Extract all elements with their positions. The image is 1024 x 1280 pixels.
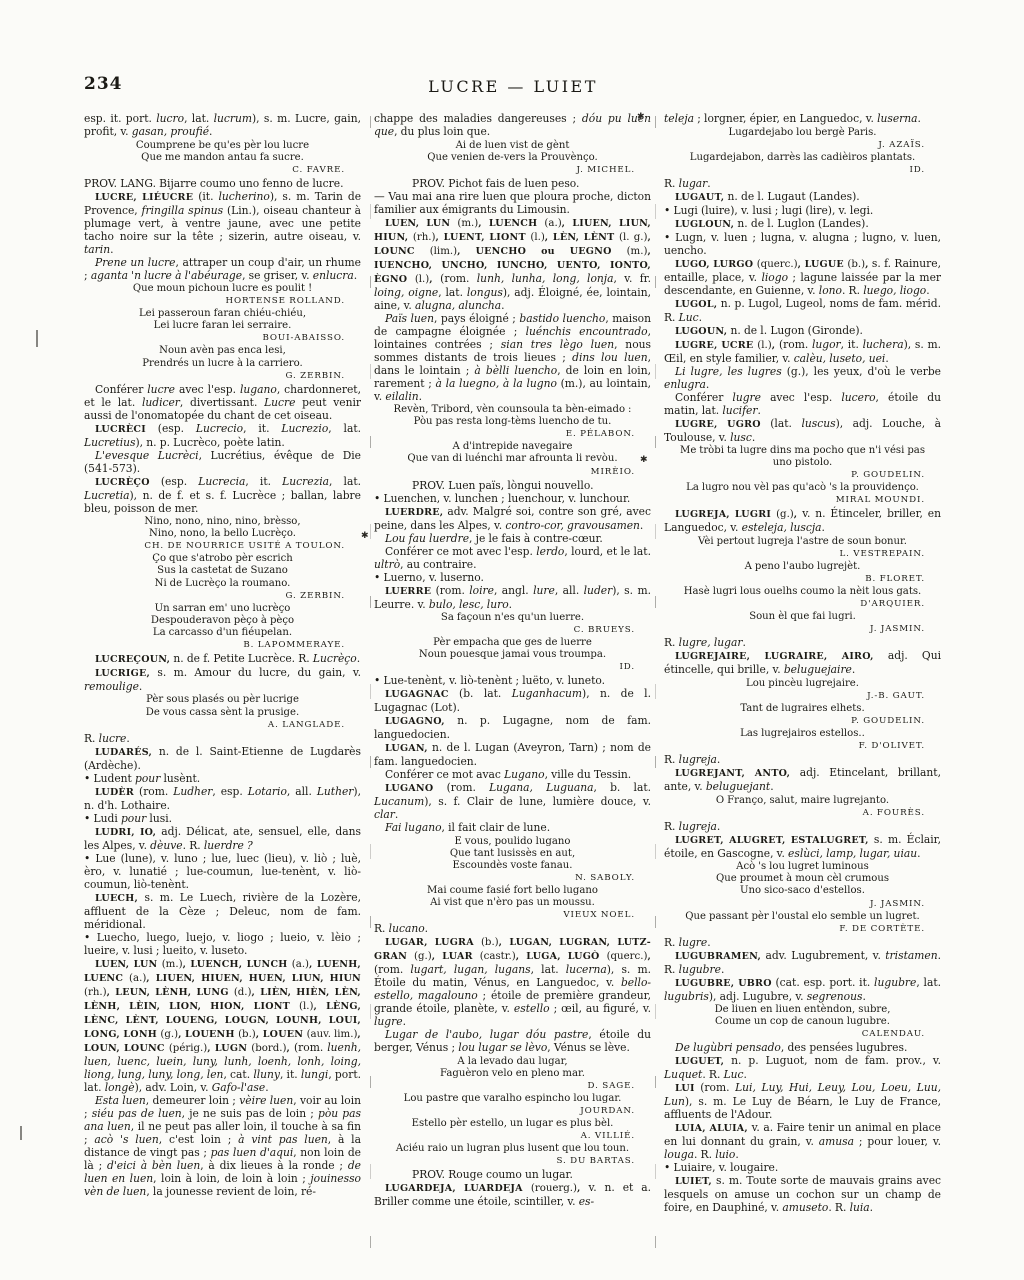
dictionary-entry: LUI (rom. Lui, Luy, Hui, Leuy, Lou, Loeu… <box>664 1081 941 1121</box>
entry-headword: , LOUENH <box>178 1029 238 1040</box>
dialect-label: (bord.) <box>251 1043 286 1054</box>
verse-attribution: L. VESTREPAIN. <box>664 549 941 560</box>
verse-quote: Ai de luen vist de gèntQue venien de-ver… <box>374 140 651 164</box>
verse-line: Que proumet à moun cèl crumous <box>664 873 941 885</box>
entry-headword: , LUAR <box>432 951 480 962</box>
body-paragraph: esp. it. port. lucro, lat. lucrum), s. m… <box>84 112 361 138</box>
verse-attribution: C. FAVRE. <box>84 165 361 176</box>
entry-headword: LUGREJA, LUGRI <box>675 509 776 520</box>
verse-line: Estello pèr estello, un lugar es plus bè… <box>374 1118 651 1130</box>
verse-line: Prendrés un lucre à la carriero. <box>84 358 361 370</box>
verse-line: Soun èl que fai lugri. <box>664 611 941 623</box>
entry-headword: LUECH, <box>95 893 138 904</box>
verse-line: Pòu pas resta long-tèms luencho de tu. <box>374 416 651 428</box>
entry-headword: , <box>865 259 869 270</box>
dialect-label: (b.) <box>481 937 499 948</box>
dictionary-entry: LUGUBRAMEN, adv. Lugubrement, v. tristam… <box>664 949 941 976</box>
verse-line: Mai coume fasié fort bello lugano <box>374 885 651 897</box>
verse-attribution: JOURDAN. <box>374 1106 651 1117</box>
entry-headword: LUGOUN, <box>675 326 727 337</box>
dictionary-entry: LUECH, s. m. Le Luech, rivière de la Loz… <box>84 891 361 931</box>
entry-headword: LUI <box>675 1083 695 1094</box>
entry-headword: LUGUBRAMEN, <box>675 951 761 962</box>
verse-quote: Aciéu raio un lugran plus lusent que lou… <box>374 1143 651 1155</box>
verse-line: Sus la castetat de Suzano <box>84 565 361 577</box>
verse-attribution: P. GOUDELIN. <box>664 716 941 727</box>
verse-quote: Tant de lugraires elhets. <box>664 703 941 715</box>
verse-quote: Pèr empacha que ges de luerreNoun pouesq… <box>374 637 651 661</box>
verse-attribution: J. JASMIN. <box>664 624 941 635</box>
entry-headword: LUGAGNAC <box>385 689 449 700</box>
body-paragraph: Conférer ce mot avac Lugano, ville du Te… <box>374 768 651 781</box>
dictionary-entry: LUGAN, n. de l. Lugan (Aveyron, Tarn) ; … <box>374 741 651 768</box>
dictionary-entry: LUDRI, IO, adj. Délicat, ate, sensuel, e… <box>84 825 361 852</box>
verse-attribution: A. FOURÈS. <box>664 808 941 819</box>
verse-line: E vous, poulido lugano <box>374 836 651 848</box>
verse-attribution: N. SABOLY. <box>374 873 651 884</box>
verse-quote: Revèn, Tribord, vèn counsoula ta bèn-eim… <box>374 404 651 428</box>
dictionary-entry: LUERRE (rom. loire, angl. lure, all. lud… <box>374 584 651 611</box>
body-paragraph: teleja ; lorgner, épier, en Languedoc, v… <box>664 112 941 125</box>
dialect-label: (m.) <box>627 246 648 257</box>
verse-quote: Nino, nono, nino, nino, brèsso,Nino, non… <box>84 516 361 540</box>
dictionary-entry: LUGAR, LUGRA (b.), LUGAN, LUGRAN, LUTZ-G… <box>374 935 651 1028</box>
verse-attribution: ID. <box>664 165 941 176</box>
verse-attribution: G. ZERBIN. <box>84 371 361 382</box>
dialect-label: (périg.) <box>169 1043 207 1054</box>
verse-line: Noun pouesque jamai vous troumpa. <box>374 649 651 661</box>
column-left: esp. it. port. lucro, lat. lucrum), s. m… <box>84 112 361 1214</box>
verse-quote: La lugro nou vèl pas qu'acò 's la prouvi… <box>664 482 941 494</box>
verse-attribution: J. AZAÏS. <box>664 140 941 151</box>
body-paragraph: R. lucano. <box>374 922 651 935</box>
dialect-label: (g.) <box>160 1029 178 1040</box>
verse-attribution: A. LANGLADE. <box>84 720 361 731</box>
dictionary-entry: LUGRET, ALUGRET, ESTALUGRET, s. m. Éclai… <box>664 833 941 860</box>
verse-quote: Las lugrejairos estellos.. <box>664 728 941 740</box>
body-paragraph: Esta luen, demeurer loin ; vèire luen, v… <box>84 1094 361 1198</box>
verse-line: Que me mandon antau fa sucre. <box>84 152 361 164</box>
text-columns: esp. it. port. lucro, lat. lucrum), s. m… <box>84 112 942 1214</box>
dictionary-entry: LUGRE, UCRE (l.), (rom. lugor, it. luche… <box>664 338 941 365</box>
entry-headword: LUGOL, <box>675 299 717 310</box>
verse-line: Noun avèn pas enca lesi, <box>84 345 361 357</box>
verse-line: Lei lucre faran lei serraire. <box>84 320 361 332</box>
entry-headword: , <box>772 340 776 351</box>
dictionary-entry: LUGREJAIRE, LUGRAIRE, AIRO, adj. Qui éti… <box>664 649 941 676</box>
verse-quote: Pèr sous plasés ou pèr lucrigeDe vous ca… <box>84 694 361 718</box>
dictionary-entry: LUGARDEJA, LUARDEJA (rouerg.), v. n. et … <box>374 1181 651 1208</box>
entry-headword: LUGANO <box>385 783 433 794</box>
dictionary-entry: LUDARÉS, n. de l. Saint-Etienne de Lugda… <box>84 745 361 772</box>
verse-quote: O Franço, salut, maire lugrejanto. <box>664 795 941 807</box>
dialect-label: (rh.) <box>84 987 107 998</box>
entry-headword: , <box>429 274 433 285</box>
entry-headword: LUERRE <box>385 586 431 597</box>
verse-line: La lugro nou vèl pas qu'acò 's la prouvi… <box>664 482 941 494</box>
entry-headword: , LUENCH, LUNCH <box>183 959 292 970</box>
verse-attribution: MIRAL MOUNDI. <box>664 495 941 506</box>
dictionary-entry: LUIET, s. m. Toute sorte de mauvais grai… <box>664 1174 941 1214</box>
verse-quote: Soun èl que fai lugri. <box>664 611 941 623</box>
verse-line: Un sarran em' uno lucrèço <box>84 603 361 615</box>
entry-headword: LUGREJANT, ANTO, <box>675 768 790 779</box>
dictionary-entry: LUDÈR (rom. Ludher, esp. Lotario, all. L… <box>84 785 361 812</box>
entry-headword: LUGO, LURGO <box>675 259 757 270</box>
verse-line: Hasè lugri lous ouelhs coumo la nèit lou… <box>664 586 941 598</box>
verse-line: Aciéu raio un lugran plus lusent que lou… <box>374 1143 651 1155</box>
body-paragraph: De lugùbri pensado, des pensées lugubres… <box>664 1041 941 1054</box>
body-paragraph: • Lue-tenènt, v. liò-tenènt ; luëto, v. … <box>374 674 651 687</box>
entry-headword: LUGAGNO, <box>385 716 445 727</box>
dialect-label: (a.) <box>129 973 146 984</box>
verse-attribution: C. BRUEYS. <box>374 625 651 636</box>
dictionary-entry: LUGANO (rom. Lugana, Luguana, b. lat. Lu… <box>374 781 651 821</box>
verse-attribution: VIEUX NOEL. <box>374 910 651 921</box>
dialect-label: (l.) <box>415 274 429 285</box>
pencil-asterisk-mark: ✱ <box>640 455 648 465</box>
verse-line: Pèr sous plasés ou pèr lucrige <box>84 694 361 706</box>
dictionary-entry: LUERDRE, adv. Malgré soi, contre son gré… <box>374 505 651 532</box>
margin-tick-mark <box>36 330 38 347</box>
dictionary-entry: LUGUET, n. p. Luguot, nom de fam. prov.,… <box>664 1054 941 1081</box>
body-paragraph: Païs luen, pays éloigné ; bastido luench… <box>374 312 651 403</box>
body-paragraph: Li lugre, les lugres (g.), les yeux, d'o… <box>664 365 941 391</box>
dialect-label: (auv. lim.) <box>307 1029 358 1040</box>
verse-line: Nino, nono, la bello Lucrèço. <box>84 528 361 540</box>
verse-line: O Franço, salut, maire lugrejanto. <box>664 795 941 807</box>
verse-attribution: E. PÉLABON. <box>374 429 651 440</box>
body-paragraph: • Luecho, luego, luejo, v. liogo ; lueio… <box>84 931 361 957</box>
verse-line: Ai de luen vist de gènt <box>374 140 651 152</box>
verse-quote: Lei passeroun faran chiéu-chiéu,Lei lucr… <box>84 308 361 332</box>
body-paragraph: • Lugi (luire), v. lusi ; lugi (lire), v… <box>664 204 941 217</box>
dialect-label: (lim.) <box>430 246 457 257</box>
verse-line: A la levado dau lugar, <box>374 1056 651 1068</box>
entry-headword: , LUGN <box>207 1043 251 1054</box>
verse-quote: Estello pèr estello, un lugar es plus bè… <box>374 1118 651 1130</box>
verse-quote: De liuen en liuen entèndon, subre,Coume … <box>664 1004 941 1028</box>
column-center: chappe des maladies dangereuses ; dóu pu… <box>374 112 651 1214</box>
dictionary-entry: LUIA, ALUIA, v. a. Faire tenir un animal… <box>664 1121 941 1161</box>
entry-headword: LUEN, LUN <box>95 959 162 970</box>
dictionary-entry: LUCRÈCI (esp. Lucrecio, it. Lucrezio, la… <box>84 422 361 449</box>
entry-headword: LUIA, ALUIA, <box>675 1123 748 1134</box>
verse-line: Vèi pertout lugreja l'astre de soun bonu… <box>664 536 941 548</box>
verse-line: Que passant pèr l'oustal elo semble un l… <box>664 911 941 923</box>
dialect-label: (rouerg.) <box>531 1183 577 1194</box>
verse-line: Lou pastre que varalho espincho lou luga… <box>374 1093 651 1105</box>
entry-headword: , <box>647 951 651 962</box>
body-paragraph: • Luiaire, v. lougaire. <box>664 1161 941 1174</box>
entry-headword: , LÈN, LÈNT <box>545 232 619 243</box>
dictionary-page: 234 LUCRE — LUIET esp. it. port. lucro, … <box>0 0 1024 1280</box>
entry-headword: LUGUET, <box>675 1056 724 1067</box>
verse-line: Nino, nono, nino, nino, brèsso, <box>84 516 361 528</box>
dialect-label: (l.) <box>530 232 544 243</box>
entry-headword: , LUENCH <box>478 218 544 229</box>
body-paragraph: — Vau mai ana rire luen que ploura proch… <box>374 190 651 216</box>
entry-headword: LUGAN, <box>385 743 428 754</box>
body-paragraph: Conférer lugre avec l'esp. lucero, étoil… <box>664 391 941 417</box>
entry-headword: LUGARDEJA, LUARDEJA <box>385 1183 531 1194</box>
verse-line: Ai vist que n'èro pas un moussu. <box>374 897 651 909</box>
verse-attribution: S. DU BARTAS. <box>374 1156 651 1167</box>
verse-quote: Hasè lugri lous ouelhs coumo la nèit lou… <box>664 586 941 598</box>
body-paragraph: PROV. Rouge coumo un lugar. <box>374 1168 651 1181</box>
verse-line: Coumprene be qu'es pèr lou lucre <box>84 140 361 152</box>
entry-headword: LUEN, LUN <box>385 218 457 229</box>
verse-line: Uno sico-saco d'estellos. <box>664 885 941 897</box>
verse-line: Lou pincèu lugrejaire. <box>664 678 941 690</box>
body-paragraph: • Luerno, v. luserno. <box>374 571 651 584</box>
verse-quote: A la levado dau lugar,Faguèron velo en p… <box>374 1056 651 1080</box>
dictionary-entry: LUGO, LURGO (querc.), LUGUE (b.), s. f. … <box>664 257 941 297</box>
verse-quote: E vous, poulido luganoQue tant lusissès … <box>374 836 651 872</box>
entry-headword: LUGRE, UCRE <box>675 340 757 351</box>
body-paragraph: • Ludi pour lusi. <box>84 812 361 825</box>
dictionary-entry: LUGAUT, n. de l. Lugaut (Landes). <box>664 190 941 204</box>
verse-attribution: F. DE CORTÈTE. <box>664 924 941 935</box>
pencil-asterisk-mark: ✱ <box>637 112 645 122</box>
verse-line: De vous cassa sènt la prusige. <box>84 707 361 719</box>
dialect-label: (a.) <box>544 218 561 229</box>
verse-line: Revèn, Tribord, vèn counsoula ta bèn-eim… <box>374 404 651 416</box>
verse-line: Acò 's lou lugret luminous <box>664 861 941 873</box>
entry-headword: , LOUEN <box>256 1029 307 1040</box>
dialect-label: (rh.) <box>413 232 436 243</box>
body-paragraph: R. lugreja. <box>664 820 941 833</box>
dialect-label: (a.) <box>292 959 309 970</box>
verse-attribution: BOUI-ABAISSO. <box>84 333 361 344</box>
verse-attribution: MIRÈIO. <box>374 467 651 478</box>
verse-attribution: G. ZERBIN. <box>84 591 361 602</box>
verse-attribution: D'ARQUIER. <box>664 599 941 610</box>
verse-quote: Lugardejabo lou bergè Paris. <box>664 127 941 139</box>
entry-headword: LUGREJAIRE, LUGRAIRE, AIRO, <box>675 651 874 662</box>
verse-quote: Acò 's lou lugret luminousQue proumet à … <box>664 861 941 897</box>
body-paragraph: PROV. LANG. Bijarre coumo uno fenno de l… <box>84 177 361 190</box>
dialect-label: (m.) <box>162 959 183 970</box>
dialect-label: (l.) <box>299 1001 313 1012</box>
dictionary-entry: LUGLOUN, n. de l. Luglon (Landes). <box>664 217 941 231</box>
body-paragraph: • Ludent pour lusènt. <box>84 772 361 785</box>
verse-attribution: B. LAPOMMERAYE. <box>84 640 361 651</box>
entry-headword: LUGUBRE, UBRO <box>675 978 772 989</box>
margin-tick-mark <box>20 1126 22 1140</box>
entry-headword: , <box>286 1043 290 1054</box>
verse-line: Que van di luénchi mar afrounta li revòu… <box>374 453 651 465</box>
column-right: teleja ; lorgner, épier, en Languedoc, v… <box>664 112 941 1214</box>
dictionary-entry: LUGAGNAC (b. lat. Luganhacum), n. de l. … <box>374 687 651 714</box>
body-paragraph: R. lugreja. <box>664 753 941 766</box>
dictionary-entry: LUCRE, LIÉUCRE (it. lucherino), s. m. Ta… <box>84 190 361 256</box>
entry-headword: LUCRIGE, <box>95 668 150 679</box>
dictionary-entry: LUGRE, UGRO (lat. luscus), adj. Louche, … <box>664 417 941 444</box>
dictionary-entry: LUGUBRE, UBRO (cat. esp. port. it. lugub… <box>664 976 941 1003</box>
body-paragraph: PROV. Pichot fais de luen peso. <box>374 177 651 190</box>
verse-quote: A peno l'aubo lugrejèt. <box>664 561 941 573</box>
running-head: LUCRE — LUIET <box>84 77 942 96</box>
entry-headword: LUDARÉS, <box>95 747 152 758</box>
verse-attribution: J.-B. GAUT. <box>664 691 941 702</box>
verse-attribution: P. GOUDELIN. <box>664 470 941 481</box>
verse-quote: Un sarran em' uno lucrèçoDespouderavon p… <box>84 603 361 639</box>
entry-headword: LUCRÈÇO <box>95 477 150 488</box>
verse-line: Faguèron velo en pleno mar. <box>374 1068 651 1080</box>
body-paragraph: R. lugre. <box>664 936 941 949</box>
verse-quote: Vèi pertout lugreja l'astre de soun bonu… <box>664 536 941 548</box>
verse-quote: Ço que s'atrobo pèr escrichSus la castet… <box>84 553 361 589</box>
body-paragraph: L'evesque Lucrèci, Lucrétius, évêque de … <box>84 449 361 475</box>
entry-headword: LUGAUT, <box>675 192 724 203</box>
verse-attribution: J. JASMIN. <box>664 899 941 910</box>
verse-line: Las lugrejairos estellos.. <box>664 728 941 740</box>
dictionary-entry: LUCREÇOUN, n. de f. Petite Lucrèce. R. L… <box>84 652 361 666</box>
entry-headword: LUIET, <box>675 1176 712 1187</box>
verse-line: Lei passeroun faran chiéu-chiéu, <box>84 308 361 320</box>
verse-line: Tant de lugraires elhets. <box>664 703 941 715</box>
body-paragraph: Prene un lucre, attraper un coup d'air, … <box>84 256 361 282</box>
entry-headword: LUGLOUN, <box>675 219 734 230</box>
entry-headword: LUCREÇOUN, <box>95 654 170 665</box>
body-paragraph: Conférer ce mot avec l'esp. lerdo, lourd… <box>374 545 651 571</box>
verse-attribution: F. D'OLIVET. <box>664 741 941 752</box>
entry-headword: , <box>794 509 798 520</box>
entry-headword: LUDRI, IO, <box>95 827 156 838</box>
body-paragraph: R. lugre, lugar. <box>664 636 941 649</box>
entry-headword: LUERDRE, <box>385 507 443 518</box>
entry-headword: , LEUN, LÈNH, LUNG <box>107 987 234 998</box>
verse-quote: Coumprene be qu'es pèr lou lucreQue me m… <box>84 140 361 164</box>
entry-headword: LUDÈR <box>95 787 134 798</box>
dialect-label: (b.) <box>847 259 865 270</box>
verse-line: Que moun pichoun lucre es poulit ! <box>84 283 361 295</box>
dialect-label: (l. g.) <box>619 232 647 243</box>
entry-headword: , LUGA, LUGÒ <box>516 951 607 962</box>
dialect-label: (l.) <box>757 340 771 351</box>
verse-line: Lugardejabo lou bergè Paris. <box>664 127 941 139</box>
dictionary-entry: LUGREJANT, ANTO, adj. Etincelant, brilla… <box>664 766 941 793</box>
verse-attribution: ID. <box>374 662 651 673</box>
verse-attribution: HORTENSE ROLLAND. <box>84 296 361 307</box>
verse-attribution: D. SAGE. <box>374 1081 651 1092</box>
verse-line: Coume un cop de canoun lugubre. <box>664 1016 941 1028</box>
body-paragraph: Fai lugano, il fait clair de lune. <box>374 821 651 834</box>
dictionary-entry: LUGREJA, LUGRI (g.), v. n. Étinceler, br… <box>664 507 941 534</box>
entry-headword: , LUGUE <box>798 259 848 270</box>
dictionary-entry: LUCRÈÇO (esp. Lucrecia, it. Lucrezia, la… <box>84 475 361 515</box>
verse-line: uno pistolo. <box>664 457 941 469</box>
body-paragraph: Lugar de l'aubo, lugar dóu pastre, étoil… <box>374 1028 651 1054</box>
entry-headword: , <box>577 1183 581 1194</box>
dictionary-entry: LUGAGNO, n. p. Lugagne, nom de fam. lang… <box>374 714 651 741</box>
verse-line: Que tant lusissès en aut, <box>374 848 651 860</box>
dictionary-entry: LUGOL, n. p. Lugol, Lugeol, noms de fam.… <box>664 297 941 324</box>
dialect-label: (d.) <box>234 987 252 998</box>
dialect-label: (m.) <box>457 218 478 229</box>
dialect-label: (g.) <box>776 509 794 520</box>
dictionary-entry: LUCRIGE, s. m. Amour du lucre, du gain, … <box>84 666 361 693</box>
body-paragraph: R. lucre. <box>84 732 361 745</box>
verse-line: Me tròbi ta lugre dins ma pocho que n'i … <box>664 445 941 457</box>
dictionary-entry: LUGOUN, n. de l. Lugon (Gironde). <box>664 324 941 338</box>
body-paragraph: Conférer lucre avec l'esp. lugano, chard… <box>84 383 361 422</box>
dictionary-entry: LUEN, LUN (m.), LUENCH, LUNCH (a.), LUEN… <box>84 957 361 1094</box>
verse-line: A peno l'aubo lugrejèt. <box>664 561 941 573</box>
verse-quote: Lou pincèu lugrejaire. <box>664 678 941 690</box>
verse-line: Ço que s'atrobo pèr escrich <box>84 553 361 565</box>
verse-attribution: CH. DE NOURRICE USITÉ A TOULON. <box>84 541 361 552</box>
verse-line: Que venien de-vers la Prouvènço. <box>374 152 651 164</box>
body-paragraph: Lou fau luerdre, je le fais à contre-cœu… <box>374 532 651 545</box>
verse-quote: Mai coume fasié fort bello luganoAi vist… <box>374 885 651 909</box>
body-paragraph: • Lugn, v. luen ; lugna, v. alugna ; lug… <box>664 231 941 257</box>
verse-quote: Me tròbi ta lugre dins ma pocho que n'i … <box>664 445 941 469</box>
body-paragraph: R. lugar. <box>664 177 941 190</box>
verse-quote: Noun avèn pas enca lesi,Prendrés un lucr… <box>84 345 361 369</box>
verse-quote: Lugardejabon, darrès las cadièiros plant… <box>664 152 941 164</box>
verse-quote: Lou pastre que varalho espincho lou luga… <box>374 1093 651 1105</box>
body-paragraph: PROV. Luen païs, lòngui nouvello. <box>374 479 651 492</box>
verse-attribution: CALENDAU. <box>664 1029 941 1040</box>
body-paragraph: chappe des maladies dangereuses ; dóu pu… <box>374 112 651 138</box>
entry-headword: LUCRE, LIÉUCRE <box>95 192 193 203</box>
verse-quote: A d'intrepide navegaireQue van di luénch… <box>374 441 651 465</box>
verse-attribution: B. FLORET. <box>664 574 941 585</box>
pencil-asterisk-mark: ✱ <box>361 531 369 541</box>
verse-line: Lugardejabon, darrès las cadièiros plant… <box>664 152 941 164</box>
verse-quote: Sa façoun n'es qu'un luerre. <box>374 612 651 624</box>
verse-line: La carcasso d'un fiéupelan. <box>84 627 361 639</box>
dialect-label: (querc.) <box>607 951 648 962</box>
verse-line: Despouderavon pèço à pèço <box>84 615 361 627</box>
verse-quote: Que moun pichoun lucre es poulit ! <box>84 283 361 295</box>
entry-headword: LUCRÈCI <box>95 424 146 435</box>
entry-headword: , LUENT, LIONT <box>436 232 531 243</box>
dialect-label: (g.) <box>414 951 432 962</box>
dictionary-entry: LUEN, LUN (m.), LUENCH (a.), LIUEN, LIUN… <box>374 216 651 312</box>
verse-line: Escoundès voste fanau. <box>374 860 651 872</box>
verse-line: A d'intrepide navegaire <box>374 441 651 453</box>
dialect-label: (querc.) <box>757 259 798 270</box>
verse-line: Sa façoun n'es qu'un luerre. <box>374 612 651 624</box>
verse-line: De liuen en liuen entèndon, subre, <box>664 1004 941 1016</box>
verse-quote: Que passant pèr l'oustal elo semble un l… <box>664 911 941 923</box>
verse-attribution: J. MICHEL. <box>374 165 651 176</box>
verse-line: Pèr empacha que ges de luerre <box>374 637 651 649</box>
entry-headword: LUGRE, UGRO <box>675 419 761 430</box>
entry-headword: , UENCHO ou UEGNO <box>457 246 627 257</box>
body-paragraph: • Lue (lune), v. luno ; lue, luec (lieu)… <box>84 852 361 891</box>
verse-attribution: A. VILLIÉ. <box>374 1131 651 1142</box>
entry-headword: LUGAR, LUGRA <box>385 937 481 948</box>
dialect-label: (b.) <box>238 1029 256 1040</box>
entry-headword: , LIUEN, HIUEN, HUEN, LIUN, HIUN <box>146 973 361 984</box>
verse-line: Ni de Lucrèço la roumano. <box>84 578 361 590</box>
entry-headword: LUGRET, ALUGRET, ESTALUGRET, <box>675 835 869 846</box>
dialect-label: (castr.) <box>480 951 516 962</box>
body-paragraph: • Luenchen, v. lunchen ; luenchour, v. l… <box>374 492 651 505</box>
